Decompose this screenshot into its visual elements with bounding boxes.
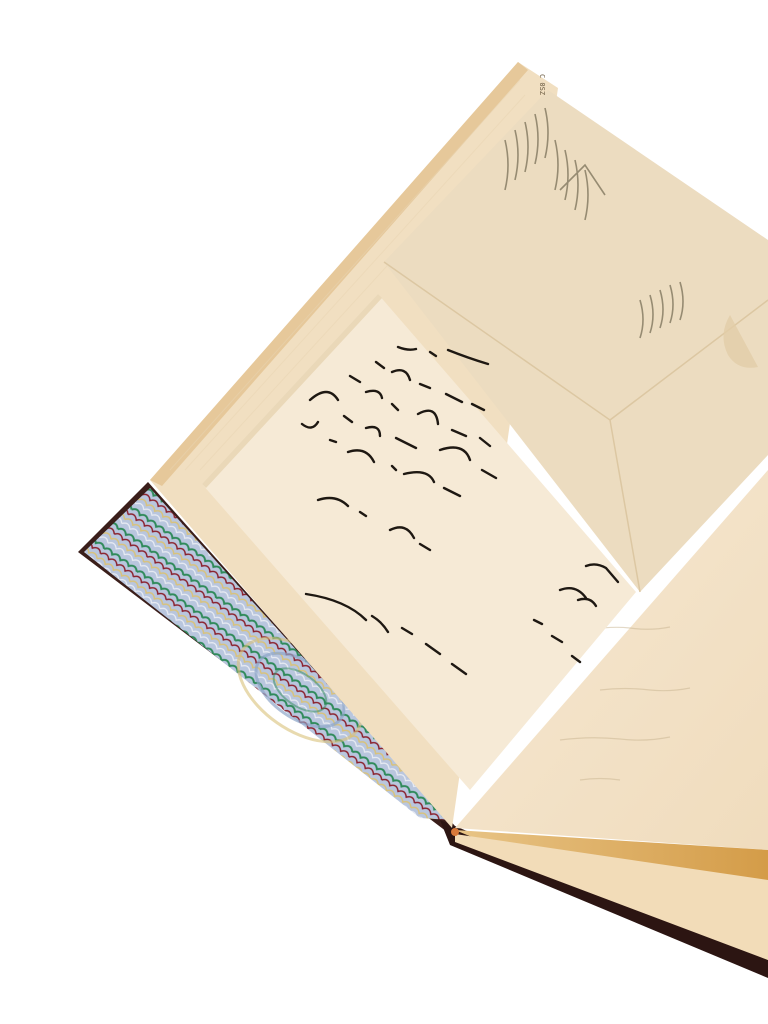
book-photo-scene: C 0SZ Open antique book with marbled end… bbox=[0, 0, 768, 1024]
edge-stamp: C 0SZ bbox=[538, 74, 546, 95]
book-illustration: C 0SZ bbox=[0, 0, 768, 1024]
headband bbox=[451, 828, 459, 836]
